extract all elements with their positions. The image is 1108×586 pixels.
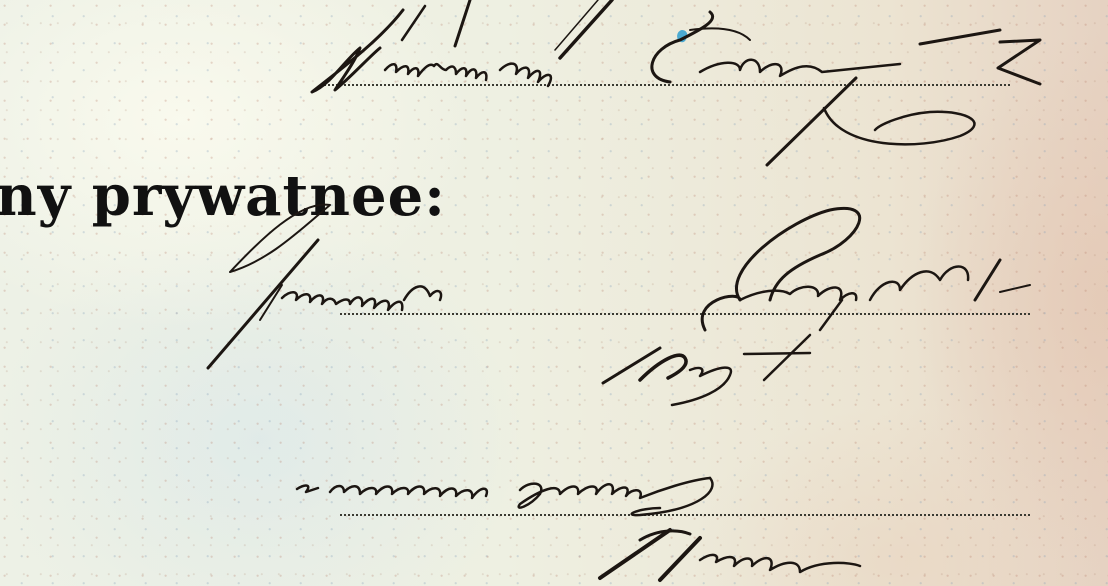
handwriting-strokes (0, 0, 1108, 586)
handwritten-number: Nr 4 (640, 355, 686, 379)
handwritten-name-top: Władysław Stępak (330, 50, 516, 74)
handwritten-name-private-person: Franciszek Gorycki (300, 270, 496, 294)
handwritten-place: Wyciąże (610, 545, 693, 569)
handwriting-layer (0, 0, 1108, 586)
handwritten-location: z Osmolicka gminy (300, 475, 491, 499)
